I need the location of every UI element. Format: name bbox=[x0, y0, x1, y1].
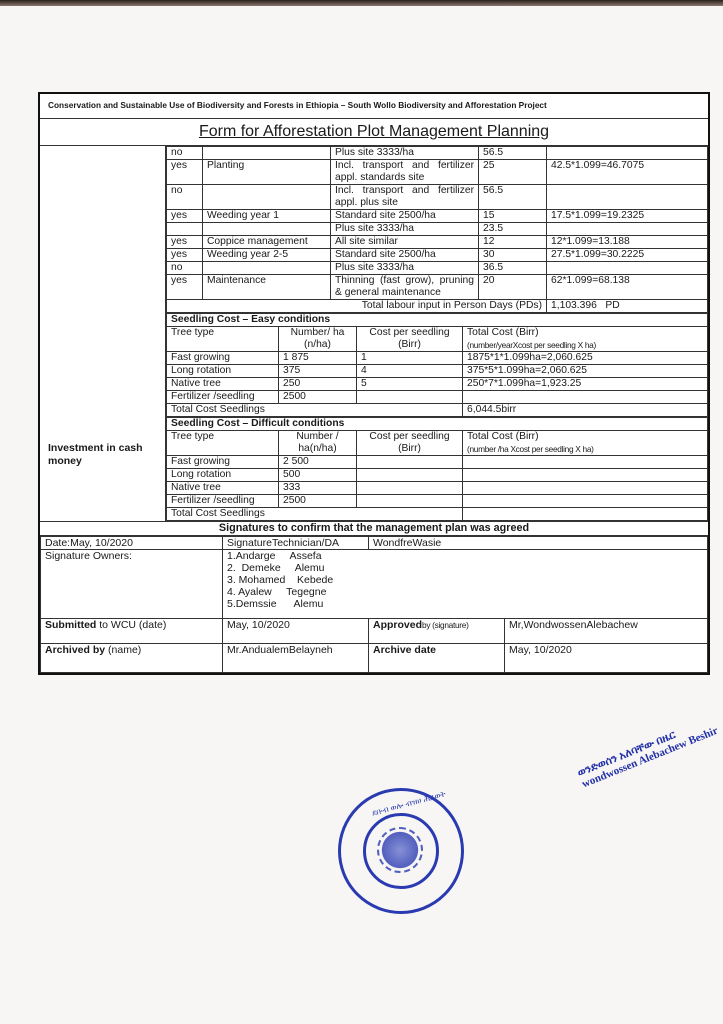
seedling-total-row: Total Cost Seedlings bbox=[167, 508, 708, 521]
site-cell: Incl. transport and fertilizer appl. sta… bbox=[331, 160, 479, 185]
submitted-row: Submitted to WCU (date) May, 10/2020 App… bbox=[41, 619, 708, 644]
seedling-row: Fast growing1 87511875*1*1.099ha=2,060.6… bbox=[167, 352, 708, 365]
calc-cell: 17.5*1.099=19.2325 bbox=[547, 210, 708, 223]
tree-type-cell: Native tree bbox=[167, 482, 279, 495]
flag-cell: no bbox=[167, 147, 203, 160]
calc-cell: 12*1.099=13.188 bbox=[547, 236, 708, 249]
cost-cell bbox=[357, 456, 463, 469]
owner-name: 1.Andarge Assefa bbox=[227, 550, 703, 562]
tree-type-cell: Long rotation bbox=[167, 469, 279, 482]
labour-row: Plus site 3333/ha23.5 bbox=[167, 223, 708, 236]
number-cell: 250 bbox=[279, 378, 357, 391]
easy-seedling-table: Seedling Cost – Easy conditionsTree type… bbox=[166, 313, 708, 417]
cost-cell: 4 bbox=[357, 365, 463, 378]
signatures-table: Date:May, 10/2020 SignatureTechnician/DA… bbox=[40, 536, 708, 673]
right-content: noPlus site 3333/ha56.5yesPlantingIncl. … bbox=[166, 146, 708, 521]
calc-cell bbox=[547, 223, 708, 236]
header-tree-type: Tree type bbox=[167, 431, 279, 456]
site-cell: Plus site 3333/ha bbox=[331, 147, 479, 160]
labour-row: yesPlantingIncl. transport and fertilize… bbox=[167, 160, 708, 185]
number-cell: 2 500 bbox=[279, 456, 357, 469]
archive-date-label: Archive date bbox=[369, 644, 505, 673]
tree-type-cell: Native tree bbox=[167, 378, 279, 391]
total-cell bbox=[463, 456, 708, 469]
total-cell bbox=[463, 482, 708, 495]
total-cell: 375*5*1.099ha=2,060.625 bbox=[463, 365, 708, 378]
pd-cell: 25 bbox=[479, 160, 547, 185]
pd-cell: 36.5 bbox=[479, 262, 547, 275]
tree-type-cell: Fast growing bbox=[167, 352, 279, 365]
site-cell: Standard site 2500/ha bbox=[331, 249, 479, 262]
pd-cell: 12 bbox=[479, 236, 547, 249]
header-total: Total Cost (Birr)(number/yearXcost per s… bbox=[463, 327, 708, 352]
handwritten-signature: ወንድወሰን አለባቸው በዜር wondwossen Alebachew Be… bbox=[576, 714, 720, 791]
archived-name: Mr.AndualemBelayneh bbox=[223, 644, 369, 673]
owners-label: Signature Owners: bbox=[41, 550, 223, 619]
activity-cell: Planting bbox=[203, 160, 331, 185]
archived-label-rest: (name) bbox=[105, 644, 141, 656]
number-cell: 500 bbox=[279, 469, 357, 482]
cost-cell bbox=[357, 469, 463, 482]
cost-cell bbox=[357, 482, 463, 495]
stamp-text: ደቡብ ወሎ ብዝሀ ሕይወት bbox=[371, 789, 447, 818]
calc-cell: 42.5*1.099=46.7075 bbox=[547, 160, 708, 185]
calc-cell: 27.5*1.099=30.2225 bbox=[547, 249, 708, 262]
site-cell: Plus site 3333/ha bbox=[331, 262, 479, 275]
header-total-label: Total Cost (Birr) bbox=[467, 327, 703, 339]
site-cell: All site similar bbox=[331, 236, 479, 249]
number-cell: 333 bbox=[279, 482, 357, 495]
seedling-row: Fertilizer /seedling2500 bbox=[167, 391, 708, 404]
main-section: Investment in cash money noPlus site 333… bbox=[40, 146, 708, 521]
calc-cell: 62*1.099=68.138 bbox=[547, 275, 708, 300]
seedling-row: Long rotation500 bbox=[167, 469, 708, 482]
archived-label: Archived by bbox=[45, 644, 105, 656]
pd-cell: 30 bbox=[479, 249, 547, 262]
seedling-section-title: Seedling Cost – Easy conditions bbox=[167, 314, 708, 327]
pd-cell: 15 bbox=[479, 210, 547, 223]
labour-table: noPlus site 3333/ha56.5yesPlantingIncl. … bbox=[166, 146, 708, 313]
labour-row: noIncl. transport and fertilizer appl. p… bbox=[167, 185, 708, 210]
activity-cell: Weeding year 2-5 bbox=[203, 249, 331, 262]
header-total-formula: (number /ha Xcost per seedling X ha) bbox=[467, 443, 703, 455]
tree-type-cell: Long rotation bbox=[167, 365, 279, 378]
owner-name: 5.Demssie Alemu bbox=[227, 598, 703, 610]
activity-cell bbox=[203, 147, 331, 160]
site-cell: Standard site 2500/ha bbox=[331, 210, 479, 223]
seedling-row: Native tree2505250*7*1.099ha=1,923.25 bbox=[167, 378, 708, 391]
pd-cell: 56.5 bbox=[479, 147, 547, 160]
approved-name: Mr,WondwossenAlebachew bbox=[505, 619, 708, 644]
flag-cell: yes bbox=[167, 236, 203, 249]
submitted-label-rest: to WCU (date) bbox=[96, 619, 166, 631]
labour-row: yesWeeding year 2-5Standard site 2500/ha… bbox=[167, 249, 708, 262]
seedling-row: Fast growing2 500 bbox=[167, 456, 708, 469]
owner-name: 3. Mohamed Kebede bbox=[227, 574, 703, 586]
seedling-total-value: 6,044.5birr bbox=[463, 404, 708, 417]
flag-cell: yes bbox=[167, 210, 203, 223]
total-cell bbox=[463, 495, 708, 508]
form-page: Conservation and Sustainable Use of Biod… bbox=[38, 92, 710, 675]
labour-total-value: 1,103.396 PD bbox=[547, 300, 708, 313]
total-cell: 250*7*1.099ha=1,923.25 bbox=[463, 378, 708, 391]
number-cell: 2500 bbox=[279, 495, 357, 508]
tree-type-cell: Fertilizer /seedling bbox=[167, 495, 279, 508]
header-total-formula: (number/yearXcost per seedling X ha) bbox=[467, 339, 703, 351]
calc-cell bbox=[547, 147, 708, 160]
cost-cell bbox=[357, 391, 463, 404]
technician-label: SignatureTechnician/DA bbox=[223, 537, 369, 550]
labour-total-label: Total labour input in Person Days (PDs) bbox=[167, 300, 547, 313]
owners-list: 1.Andarge Assefa2. Demeke Alemu3. Mohame… bbox=[223, 550, 708, 619]
labour-row: yesMaintenanceThinning (fast grow), prun… bbox=[167, 275, 708, 300]
flag-cell: no bbox=[167, 262, 203, 275]
calc-cell bbox=[547, 262, 708, 275]
activity-cell bbox=[203, 223, 331, 236]
sign-date: Date:May, 10/2020 bbox=[41, 537, 223, 550]
scan-edge bbox=[0, 0, 723, 6]
number-cell: 1 875 bbox=[279, 352, 357, 365]
signatures-title: Signatures to confirm that the managemen… bbox=[40, 521, 708, 536]
approved-label-rest: by (signature) bbox=[422, 620, 469, 630]
archived-row: Archived by (name) Mr.AndualemBelayneh A… bbox=[41, 644, 708, 673]
seedling-total-row: Total Cost Seedlings6,044.5birr bbox=[167, 404, 708, 417]
header-number: Number / ha(n/ha) bbox=[279, 431, 357, 456]
flag-cell: no bbox=[167, 185, 203, 210]
header-number: Number/ ha (n/ha) bbox=[279, 327, 357, 352]
seedling-section-title: Seedling Cost – Difficult conditions bbox=[167, 418, 708, 431]
cost-cell: 1 bbox=[357, 352, 463, 365]
header-cost: Cost per seedling (Birr) bbox=[357, 327, 463, 352]
seedling-header-row: Tree typeNumber/ ha (n/ha)Cost per seedl… bbox=[167, 327, 708, 352]
cost-cell bbox=[357, 495, 463, 508]
flag-cell: yes bbox=[167, 160, 203, 185]
submitted-label: Submitted bbox=[45, 619, 96, 631]
signature-date-row: Date:May, 10/2020 SignatureTechnician/DA… bbox=[41, 537, 708, 550]
activity-cell bbox=[203, 262, 331, 275]
calc-cell bbox=[547, 185, 708, 210]
total-cell bbox=[463, 391, 708, 404]
owner-name: 4. Ayalew Tegegne bbox=[227, 586, 703, 598]
seedling-total-label: Total Cost Seedlings bbox=[167, 404, 463, 417]
project-header: Conservation and Sustainable Use of Biod… bbox=[40, 94, 708, 119]
seedling-total-value bbox=[463, 508, 708, 521]
technician-name: WondfreWasie bbox=[369, 537, 708, 550]
page-title: Form for Afforestation Plot Management P… bbox=[40, 119, 708, 146]
number-cell: 375 bbox=[279, 365, 357, 378]
activity-cell: Weeding year 1 bbox=[203, 210, 331, 223]
seedling-row: Long rotation3754375*5*1.099ha=2,060.625 bbox=[167, 365, 708, 378]
seedling-total-label: Total Cost Seedlings bbox=[167, 508, 463, 521]
owner-name: 2. Demeke Alemu bbox=[227, 562, 703, 574]
header-total-label: Total Cost (Birr) bbox=[467, 431, 703, 443]
flag-cell: yes bbox=[167, 275, 203, 300]
official-stamp-icon: ደቡብ ወሎ ብዝሀ ሕይወት bbox=[338, 788, 464, 914]
header-tree-type: Tree type bbox=[167, 327, 279, 352]
difficult-seedling-table: Seedling Cost – Difficult conditionsTree… bbox=[166, 417, 708, 521]
investment-label: Investment in cash money bbox=[48, 442, 165, 468]
total-cell bbox=[463, 469, 708, 482]
owners-row: Signature Owners: 1.Andarge Assefa2. Dem… bbox=[41, 550, 708, 619]
labour-row: yesCoppice managementAll site similar121… bbox=[167, 236, 708, 249]
flag-cell bbox=[167, 223, 203, 236]
site-cell: Incl. transport and fertilizer appl. plu… bbox=[331, 185, 479, 210]
activity-cell: Maintenance bbox=[203, 275, 331, 300]
submitted-date: May, 10/2020 bbox=[223, 619, 369, 644]
pd-cell: 23.5 bbox=[479, 223, 547, 236]
header-cost: Cost per seedling (Birr) bbox=[357, 431, 463, 456]
seedling-header-row: Tree typeNumber / ha(n/ha)Cost per seedl… bbox=[167, 431, 708, 456]
labour-total-row: Total labour input in Person Days (PDs)1… bbox=[167, 300, 708, 313]
seedling-title-row: Seedling Cost – Difficult conditions bbox=[167, 418, 708, 431]
cost-cell: 5 bbox=[357, 378, 463, 391]
site-cell: Plus site 3333/ha bbox=[331, 223, 479, 236]
seedling-title-row: Seedling Cost – Easy conditions bbox=[167, 314, 708, 327]
header-total: Total Cost (Birr)(number /ha Xcost per s… bbox=[463, 431, 708, 456]
activity-cell: Coppice management bbox=[203, 236, 331, 249]
site-cell: Thinning (fast grow), pruning & general … bbox=[331, 275, 479, 300]
activity-cell bbox=[203, 185, 331, 210]
pd-cell: 20 bbox=[479, 275, 547, 300]
labour-row: yesWeeding year 1Standard site 2500/ha15… bbox=[167, 210, 708, 223]
labour-row: noPlus site 3333/ha56.5 bbox=[167, 147, 708, 160]
number-cell: 2500 bbox=[279, 391, 357, 404]
approved-label: Approved bbox=[373, 619, 422, 631]
archive-date: May, 10/2020 bbox=[505, 644, 708, 673]
tree-type-cell: Fast growing bbox=[167, 456, 279, 469]
labour-row: noPlus site 3333/ha36.5 bbox=[167, 262, 708, 275]
signature-amharic: ወንድወሰን አለባቸው በዜር bbox=[576, 714, 715, 780]
flag-cell: yes bbox=[167, 249, 203, 262]
seedling-row: Fertilizer /seedling2500 bbox=[167, 495, 708, 508]
left-label-column: Investment in cash money bbox=[40, 146, 166, 521]
pd-cell: 56.5 bbox=[479, 185, 547, 210]
tree-type-cell: Fertilizer /seedling bbox=[167, 391, 279, 404]
total-cell: 1875*1*1.099ha=2,060.625 bbox=[463, 352, 708, 365]
seedling-row: Native tree333 bbox=[167, 482, 708, 495]
